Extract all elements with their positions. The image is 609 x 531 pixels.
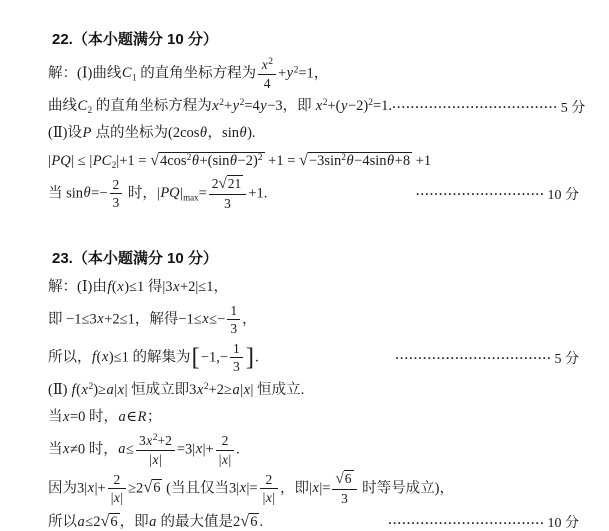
math-expression: 当x=0 时，a∈R； xyxy=(48,408,161,428)
problem-23-solution: 解：(Ⅰ)由f(x)≤1 得|3x+2|≤1，即 −1≤3x+2≤1，解得−1≤… xyxy=(48,275,579,531)
math-expression: 所以，f(x)≤1 的解集为[−1,−13]. xyxy=(48,340,259,376)
problem-23: 23.（本小题满分 10 分） 解：(Ⅰ)由f(x)≤1 得|3x+2|≤1，即… xyxy=(48,247,579,531)
solution-line: 当x≠0 时，a≤3x2+2|x|=3|x|+2|x|. xyxy=(48,432,579,468)
math-expression: (Ⅱ) f(x2)≥a|x| 恒成立即3x2+2≥a|x| 恒成立. xyxy=(48,381,304,401)
score-label: 5 分 xyxy=(558,97,586,117)
math-expression: 所以a≤2√6，即a 的最大值是2√6. xyxy=(48,511,263,531)
score-leader: ····································5 分 xyxy=(392,97,585,117)
leader-dots: ···································· xyxy=(392,100,558,115)
problem-22-solution: 解：(Ⅰ)曲线C1 的直角坐标方程为x24+y2=1，曲线C2 的直角坐标方程为… xyxy=(48,56,579,213)
leader-dots: ·································· xyxy=(395,351,551,366)
solution-line: 曲线C2 的直角坐标方程为x2+y2=4y−3，即 x2+(y−2)2=1.··… xyxy=(48,94,579,119)
solution-line: |PQ| ≤ |PC2|+1 = √4cos2θ+(sinθ−2)2 +1 = … xyxy=(48,148,579,173)
math-expression: 因为3|x|+2|x|≥2√6 (当且仅当3|x|=2|x|，即|x|=√63 … xyxy=(48,470,454,508)
solution-line: 所以a≤2√6，即a 的最大值是2√6.····················… xyxy=(48,510,579,531)
solution-line: (Ⅱ) f(x2)≥a|x| 恒成立即3x2+2≥a|x| 恒成立. xyxy=(48,378,579,403)
score-leader: ··································10 分 xyxy=(388,512,579,531)
math-expression: 当 sinθ=−23 时，|PQ|max=2√213+1. xyxy=(48,175,267,213)
leader-dots: ·································· xyxy=(388,516,544,531)
solution-line: 当 sinθ=−23 时，|PQ|max=2√213+1.···········… xyxy=(48,175,579,213)
problem-23-heading: 23.（本小题满分 10 分） xyxy=(52,247,579,268)
problem-22-heading: 22.（本小题满分 10 分） xyxy=(52,28,579,49)
solution-line: (Ⅱ)设P 点的坐标为(2cosθ，sinθ). xyxy=(48,121,579,146)
score-label: 10 分 xyxy=(545,184,580,204)
math-expression: 当x≠0 时，a≤3x2+2|x|=3|x|+2|x|. xyxy=(48,432,240,468)
score-label: 5 分 xyxy=(552,348,580,368)
score-leader: ····························10 分 xyxy=(416,184,579,204)
solution-line: 因为3|x|+2|x|≥2√6 (当且仅当3|x|=2|x|，即|x|=√63 … xyxy=(48,470,579,508)
solution-line: 即 −1≤3x+2≤1，解得−1≤x≤−13， xyxy=(48,302,579,338)
math-expression: (Ⅱ)设P 点的坐标为(2cosθ，sinθ). xyxy=(48,124,256,144)
solution-line: 当x=0 时，a∈R； xyxy=(48,405,579,430)
solution-line: 所以，f(x)≤1 的解集为[−1,−13].·················… xyxy=(48,340,579,376)
math-expression: 曲线C2 的直角坐标方程为x2+y2=4y−3，即 x2+(y−2)2=1. xyxy=(48,97,392,117)
math-expression: 解：(Ⅰ)曲线C1 的直角坐标方程为x24+y2=1， xyxy=(48,56,328,92)
math-expression: 即 −1≤3x+2≤1，解得−1≤x≤−13， xyxy=(48,302,257,338)
score-label: 10 分 xyxy=(545,512,580,531)
math-expression: |PQ| ≤ |PC2|+1 = √4cos2θ+(sinθ−2)2 +1 = … xyxy=(48,150,431,172)
problem-22: 22.（本小题满分 10 分） 解：(Ⅰ)曲线C1 的直角坐标方程为x24+y2… xyxy=(48,28,579,213)
math-expression: 解：(Ⅰ)由f(x)≤1 得|3x+2|≤1， xyxy=(48,278,228,298)
document-page: 22.（本小题满分 10 分） 解：(Ⅰ)曲线C1 的直角坐标方程为x24+y2… xyxy=(0,0,609,531)
solution-line: 解：(Ⅰ)由f(x)≤1 得|3x+2|≤1， xyxy=(48,275,579,300)
solution-line: 解：(Ⅰ)曲线C1 的直角坐标方程为x24+y2=1， xyxy=(48,56,579,92)
score-leader: ··································5 分 xyxy=(395,348,579,368)
leader-dots: ···························· xyxy=(416,187,545,202)
